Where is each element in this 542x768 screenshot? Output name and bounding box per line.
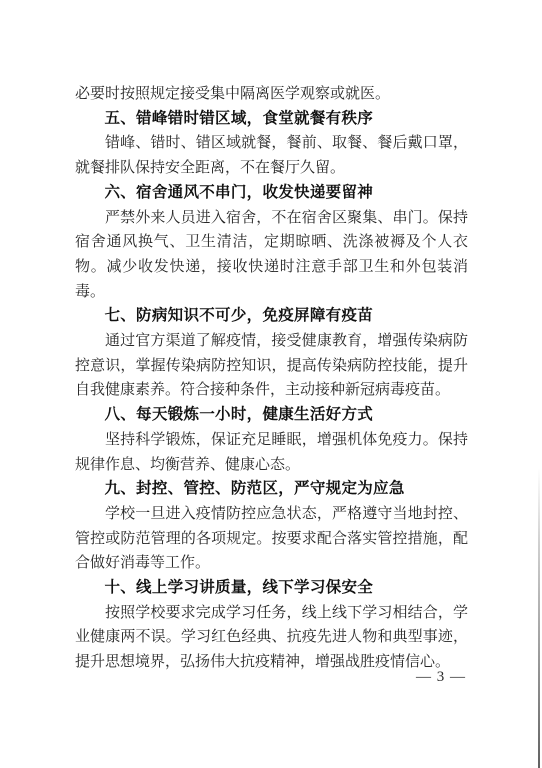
section-9: 九、封控、管控、防范区，严守规定为应急 学校一旦进入疫情防控应急状态，严格遵守当…	[75, 477, 468, 576]
section-8-heading: 八、每天锻炼一小时，健康生活好方式	[75, 403, 468, 428]
section-7-body: 通过官方渠道了解疫情，接受健康教育，增强传染病防控意识，掌握传染病防控知识，提高…	[75, 329, 468, 403]
section-5: 五、错峰错时错区域，食堂就餐有秩序 错峰、错时、错区域就餐，餐前、取餐、餐后戴口…	[75, 107, 468, 181]
section-10-heading: 十、线上学习讲质量，线下学习保安全	[75, 576, 468, 601]
section-8-body: 坚持科学锻炼，保证充足睡眠，增强机体免疫力。保持规律作息、均衡营养、健康心态。	[75, 428, 468, 477]
document-page: 必要时按照规定接受集中隔离医学观察或就医。 五、错峰错时错区域，食堂就餐有秩序 …	[0, 0, 542, 768]
section-9-heading: 九、封控、管控、防范区，严守规定为应急	[75, 477, 468, 502]
section-7: 七、防病知识不可少，免疫屏障有疫苗 通过官方渠道了解疫情，接受健康教育，增强传染…	[75, 304, 468, 403]
section-9-body: 学校一旦进入疫情防控应急状态，严格遵守当地封控、管控或防范管理的各项规定。按要求…	[75, 502, 468, 576]
section-6: 六、宿舍通风不串门，收发快递要留神 严禁外来人员进入宿舍，不在宿舍区聚集、串门。…	[75, 181, 468, 305]
section-6-heading: 六、宿舍通风不串门，收发快递要留神	[75, 181, 468, 206]
scan-edge-artifact	[538, 468, 540, 768]
section-10: 十、线上学习讲质量，线下学习保安全 按照学校要求完成学习任务，线上线下学习相结合…	[75, 576, 468, 675]
section-8: 八、每天锻炼一小时，健康生活好方式 坚持科学锻炼，保证充足睡眠，增强机体免疫力。…	[75, 403, 468, 477]
page-number: — 3 —	[416, 669, 466, 686]
continuation-paragraph: 必要时按照规定接受集中隔离医学观察或就医。	[75, 82, 468, 107]
section-6-body: 严禁外来人员进入宿舍，不在宿舍区聚集、串门。保持宿舍通风换气、卫生清洁，定期晾晒…	[75, 206, 468, 305]
section-7-heading: 七、防病知识不可少，免疫屏障有疫苗	[75, 304, 468, 329]
section-5-body: 错峰、错时、错区域就餐，餐前、取餐、餐后戴口罩，就餐排队保持安全距离，不在餐厅久…	[75, 131, 468, 180]
section-5-heading: 五、错峰错时错区域，食堂就餐有秩序	[75, 107, 468, 132]
text-block: 必要时按照规定接受集中隔离医学观察或就医。 五、错峰错时错区域，食堂就餐有秩序 …	[75, 82, 468, 675]
section-10-body: 按照学校要求完成学习任务，线上线下学习相结合，学业健康两不误。学习红色经典、抗疫…	[75, 601, 468, 675]
